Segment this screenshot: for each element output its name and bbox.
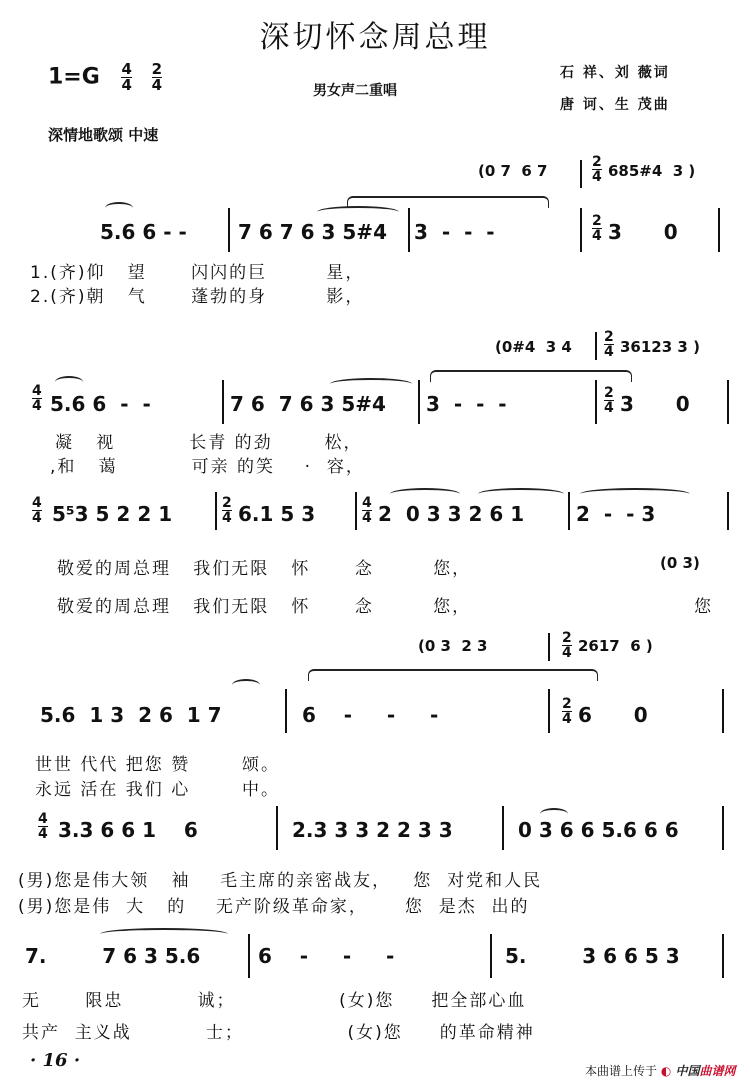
measure-3-notes: 3 - - - — [414, 220, 495, 244]
time-sig-2-4: 24 — [592, 155, 602, 184]
measure-1-notes: 5.6 1 3 2 6 1 7 — [40, 703, 222, 727]
barline — [568, 492, 570, 530]
barline — [215, 492, 217, 530]
key-label: 1=G — [48, 65, 100, 90]
measure-3-notes: 2 0 3 3 2 6 1 — [378, 502, 524, 526]
barline — [355, 492, 357, 530]
slur — [105, 202, 133, 214]
lyrics-verse-2: 永远 活在 我们 心 中。 — [35, 775, 280, 800]
watermark: 本曲谱上传于 ◐ 中国曲谱网 — [585, 1062, 736, 1079]
barline — [727, 492, 729, 530]
lyrics-verse-1: (男)您是伟大领 袖 毛主席的亲密战友， 您 对党和人民 — [18, 866, 542, 891]
key-signature: 1=G 4 4 2 4 — [48, 62, 168, 93]
interlude-notes: (0 3 2 3 — [418, 637, 488, 655]
interlude-notes: (0#4 3 4 — [495, 338, 572, 356]
time-sig-2-4: 24 — [222, 496, 232, 525]
measure-1-notes: 3.3 6 6 1 6 — [58, 818, 198, 842]
time-sig-4-4: 44 — [32, 496, 42, 525]
barline — [548, 689, 550, 733]
time-sig-4-4: 44 — [362, 496, 372, 525]
barline — [595, 380, 597, 424]
slur — [317, 206, 399, 218]
slur — [580, 488, 690, 500]
measure-4-notes: 2 - - 3 — [576, 502, 655, 526]
time-sig-2-4: 24 — [592, 214, 602, 243]
barline — [490, 934, 492, 978]
time-sig-4-4: 44 — [32, 384, 42, 413]
composer-credit: 唐 诃、生 茂曲 — [560, 94, 670, 114]
interlude-bracket — [308, 669, 598, 681]
measure-1-notes: 5.6 6 - - — [100, 220, 187, 244]
slur — [478, 488, 564, 500]
site-logo: ◐ 中国曲谱网 — [661, 1064, 736, 1078]
measure-1-notes: 5.6 6 - - — [50, 392, 151, 416]
barline — [580, 208, 582, 252]
measure-2-notes: 6 - - - — [302, 703, 438, 727]
measure-3-notes: 0 3 6 6 5.6 6 6 — [518, 818, 679, 842]
barline — [722, 934, 724, 978]
measure-4-notes: 3 0 — [608, 220, 678, 244]
slur — [55, 376, 83, 388]
time-sig-4-4: 4 4 — [121, 62, 131, 93]
barline — [548, 633, 550, 661]
slur — [100, 928, 228, 940]
barline — [722, 689, 724, 733]
barline — [722, 806, 724, 850]
barline — [222, 380, 224, 424]
lyrics-verse-2: (男)您是伟 大 的 无产阶级革命家， 您 是杰 出的 — [18, 892, 530, 917]
barline — [727, 380, 729, 424]
slur — [390, 488, 460, 500]
time-sig-2-4: 2 4 — [152, 62, 162, 93]
measure-1-notes: 7. 7 6 3 5.6 — [25, 944, 200, 968]
time-sig-2-4: 24 — [562, 697, 572, 726]
lyrics-verse-1: 无 限忠 诚； (女)您 把全部心血 — [22, 986, 526, 1011]
performance-type: 男女声二重唱 — [313, 80, 397, 100]
tempo-marking: 深情地歌颂 中速 — [48, 124, 158, 145]
measure-2-notes: 6 - - - — [258, 944, 394, 968]
measure-2-notes: 2.3 3 3 2 2 3 3 — [292, 818, 453, 842]
time-sig-2-4: 24 — [604, 330, 614, 359]
interlude-notes-2: 685#4 3 ) — [608, 162, 695, 180]
lyrics-verse-2: ,和 蔼 可亲 的笑 · 容， — [50, 452, 365, 477]
barline — [718, 208, 720, 252]
logo-icon: ◐ — [661, 1064, 671, 1078]
lyrics-verse-1: 世世 代代 把您 赞 颂。 — [35, 750, 280, 775]
barline — [276, 806, 278, 850]
slur — [232, 679, 260, 691]
interlude-notes-2: 2617 6 ) — [578, 637, 653, 655]
lyrics-verse-1: 1.(齐)仰 望 闪闪的巨 星， — [30, 258, 364, 283]
barline — [595, 332, 597, 360]
barline — [418, 380, 420, 424]
lyrics-verse-1: 凝 视 长青 的劲 松， — [55, 428, 362, 453]
interlude-notes: (0 7 6 7 — [478, 162, 548, 180]
measure-2-notes: 7 6 7 6 3 5#4 — [230, 392, 386, 416]
time-sig-4-4: 44 — [38, 812, 48, 841]
lyrics-verse-2: 共产 主义战 士； (女)您 的革命精神 — [22, 1018, 535, 1043]
aside-notes: (0 3) — [660, 554, 700, 572]
interlude-bracket — [430, 370, 632, 382]
barline — [502, 806, 504, 850]
measure-3-notes: 6 0 — [578, 703, 648, 727]
measure-4-notes: 3 0 — [620, 392, 690, 416]
lyrics-verse-2: 2.(齐)朝 气 蓬勃的身 影， — [30, 282, 364, 307]
aside-lyric: 您 — [694, 592, 713, 617]
measure-2-notes: 7 6 7 6 3 5#4 — [238, 220, 387, 244]
barline — [408, 208, 410, 252]
lyrics-verse-1: 敬爱的周总理 我们无限 怀 念 您， — [57, 554, 471, 579]
time-sig-2-4: 24 — [562, 631, 572, 660]
watermark-text: 本曲谱上传于 — [585, 1064, 657, 1078]
measure-2-notes: 6.1 5 3 — [238, 502, 315, 526]
barline — [228, 208, 230, 252]
measure-1-notes: 5⁵3 5 2 2 1 — [52, 502, 172, 526]
page-number: · 16 · — [30, 1050, 80, 1071]
barline — [580, 160, 582, 188]
slur — [330, 378, 412, 390]
lyrics-verse-2: 敬爱的周总理 我们无限 怀 念 您， — [57, 592, 471, 617]
lyricist-credit: 石 祥、刘 薇词 — [560, 62, 670, 82]
barline — [248, 934, 250, 978]
barline — [285, 689, 287, 733]
interlude-notes-2: 36123 3 ) — [620, 338, 700, 356]
measure-3-notes: 3 - - - — [426, 392, 507, 416]
song-title: 深切怀念周总理 — [0, 12, 750, 56]
time-sig-2-4: 24 — [604, 386, 614, 415]
measure-3-notes: 5. 3 6 6 5 3 — [505, 944, 680, 968]
